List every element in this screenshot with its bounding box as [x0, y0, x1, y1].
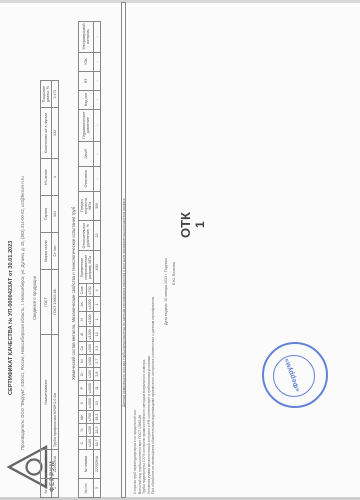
chemical-mechanical-table: № п.п. № плавки C Si Mn S P Cr Ni Cu Al …	[78, 21, 101, 498]
rotated-certificate: ФЕРРУМ СЕРТИФИКАТ КАЧЕСТВА № УП-0000423А…	[0, 0, 360, 500]
table-header-row: № п.п. № плавки Наименование ГОСТ Марка …	[41, 81, 52, 498]
otk-number: 1	[193, 221, 207, 228]
table-row: 1 2220294A 18,7 18,3 48,3 13 11 3,8 2,7 …	[94, 21, 101, 497]
product-section-title: Сведения о продукции	[32, 276, 37, 320]
company-stamp: «Феррум»	[262, 342, 328, 408]
manufacturer-line: Производитель: ООО "Феррум", 630041, Рос…	[20, 176, 25, 450]
product-table: № п.п. № плавки Наименование ГОСТ Марка …	[40, 80, 59, 498]
table-row: 1 2220294A Труба профильная 80*80*2,0 6м…	[52, 81, 59, 498]
scanned-page: ФЕРРУМ СЕРТИФИКАТ КАЧЕСТВА № УП-0000423А…	[0, 0, 360, 500]
note-line: При обработке не являющиеся обязательным…	[151, 296, 156, 494]
chem-section-title: Химический состав металла, Механические …	[71, 207, 76, 380]
issue-date-signature: Дата выдачи: 30 января 2023 г. Подпись	[164, 258, 168, 325]
otk-label: ОТК	[178, 212, 193, 238]
chem-footnote: Данные химического состава трубы предста…	[121, 2, 126, 498]
table-header-row: № п.п. № плавки C Si Mn S P Cr Ni Cu Al …	[79, 21, 87, 497]
signer-name: Е.Ю. Волкова	[172, 262, 176, 285]
certificate-title: СЕРТИФИКАТ КАЧЕСТВА № УП-0000423АТ от 30…	[8, 241, 14, 395]
notes-block: Стороны труб перпендикулярны к их продол…	[133, 296, 156, 494]
